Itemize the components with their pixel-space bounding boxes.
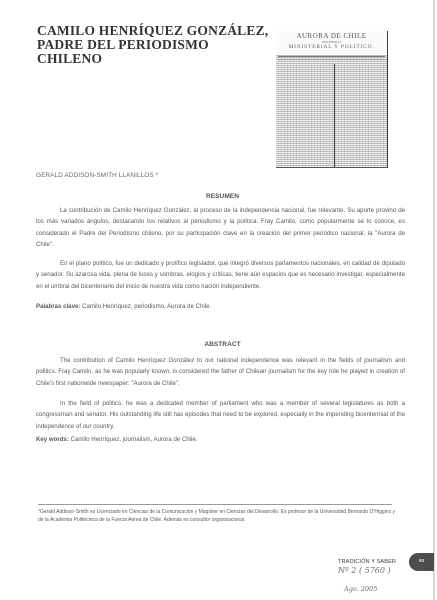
abstract-paragraph-1: The contribution of Camilo Henríquez Gon… — [36, 355, 405, 389]
handwritten-date-note: Ago. 2005 — [344, 585, 377, 593]
page-edge — [433, 0, 435, 600]
clipping-masthead: AURORA DE CHILE — [276, 32, 387, 40]
abstract-keywords: Key words: Camilo Henríquez, journalism,… — [36, 436, 405, 443]
resumen-keywords: Palabras clave: Camilo Henríquez, period… — [36, 303, 405, 310]
page-number: 93 — [419, 558, 424, 563]
resumen-paragraph-2: En el plano político, fue un dedicado y … — [36, 258, 405, 292]
clipping-header: AURORA DE CHILE PERIÓDICO MINISTERIAL Y … — [276, 31, 387, 55]
title-line-3: CHILENO — [37, 52, 267, 66]
author-byline: GERALD ADDISON-SMITH LLANILLOS * — [36, 172, 158, 179]
clipping-subtitle-2: MINISTERIAL Y POLITICO. — [276, 44, 387, 50]
keywords-value: Camilo Henríquez, periodismo, Aurora de … — [80, 303, 211, 310]
handwritten-issue-note: Nº 2 ( 5760 ) — [338, 566, 391, 575]
resumen-heading: RESUMEN — [0, 193, 437, 200]
resumen-paragraph-1: La contribución de Camilo Henríquez Gonz… — [36, 205, 405, 250]
clipping-rule-2 — [278, 59, 385, 60]
newspaper-clipping-image: AURORA DE CHILE PERIÓDICO MINISTERIAL Y … — [276, 31, 388, 168]
keywords-label: Key words: — [36, 436, 69, 443]
footnote-divider — [38, 504, 392, 505]
title-line-2: PADRE DEL PERIODISMO — [37, 38, 267, 52]
journal-name: TRADICIÓN Y SABER — [338, 559, 396, 565]
keywords-value: Camilo Henríquez, journalism, Aurora de … — [69, 436, 198, 443]
article-title: CAMILO HENRÍQUEZ GONZÁLEZ, PADRE DEL PER… — [37, 24, 267, 66]
keywords-label: Palabras clave: — [36, 303, 80, 310]
abstract-heading: ABSTRACT — [0, 341, 437, 348]
title-line-1: CAMILO HENRÍQUEZ GONZÁLEZ, — [37, 24, 267, 38]
clipping-column-divider — [334, 64, 335, 167]
author-footnote: *Gerald Addison-Smith es Licenciado en C… — [38, 508, 398, 525]
abstract-paragraph-2: In the field of politics, he was a dedic… — [36, 398, 405, 432]
clipping-rule — [278, 56, 385, 57]
